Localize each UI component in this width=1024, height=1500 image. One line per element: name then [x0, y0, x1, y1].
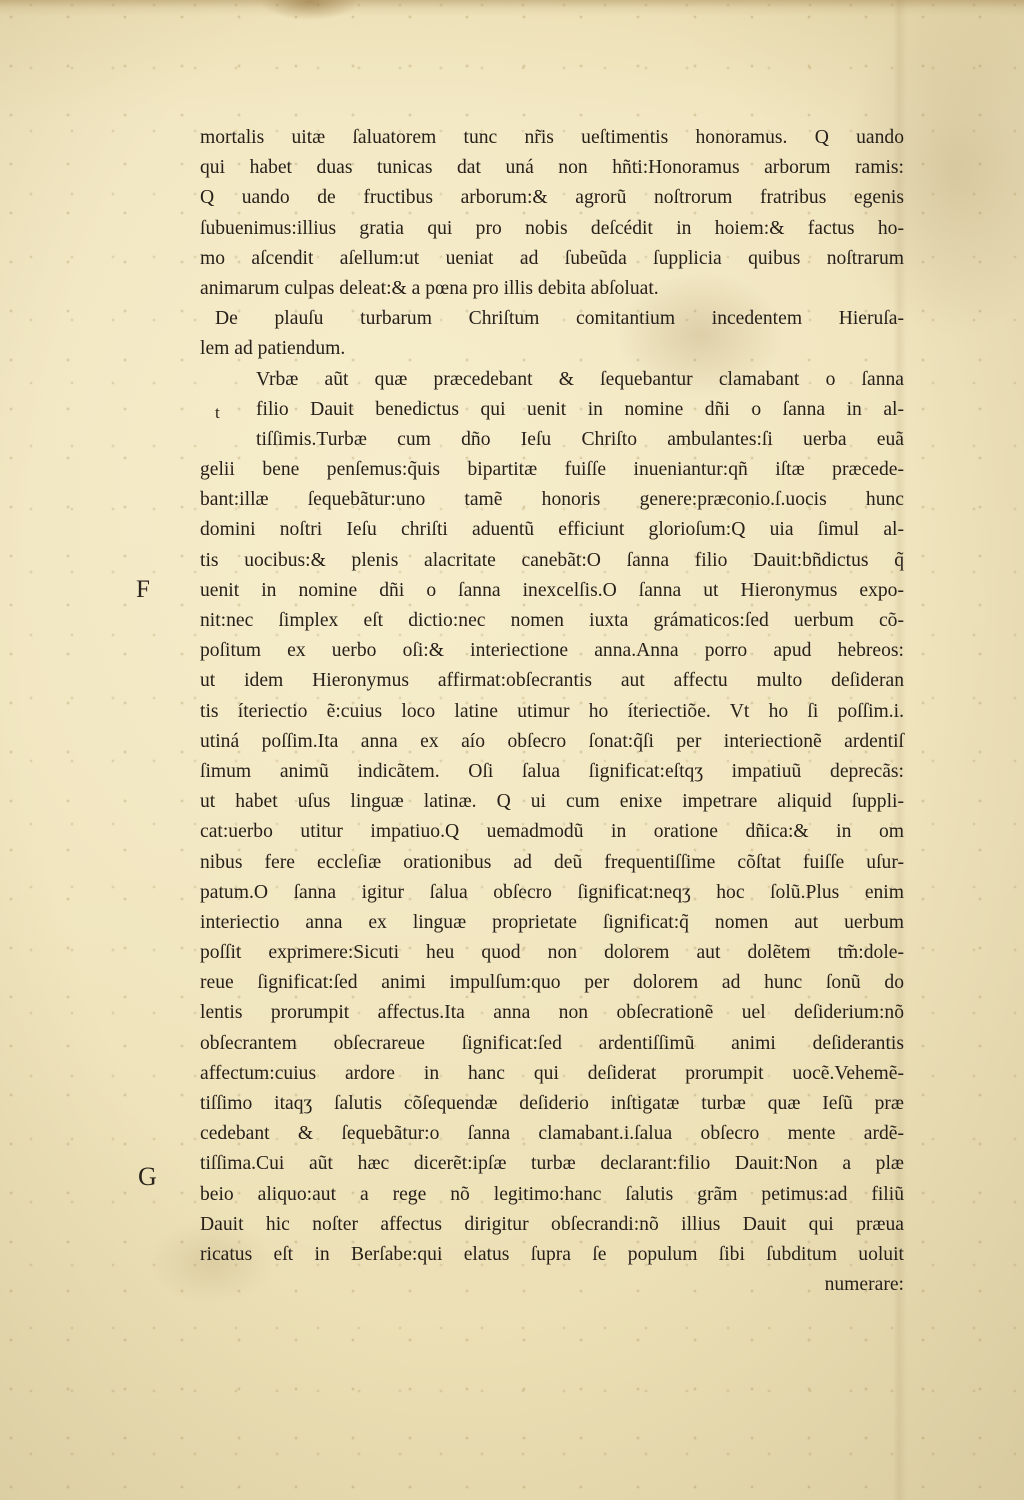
text-line: nit:nec ſimplex eſt dictio:nec nomen iux… — [200, 606, 904, 636]
text-line: ut idem Hieronymus affirmat:obſecrantis … — [200, 666, 904, 696]
text-line: ricatus eſt in Berſabe:qui elatus ſupra … — [200, 1240, 904, 1270]
text-line: poſitum ex uerbo oſi:& interiectione ann… — [200, 636, 904, 666]
margin-letter-f: F — [136, 576, 150, 604]
text-line: reue ſignificat:ſed animi impulſum:quo p… — [200, 968, 904, 998]
text-line: lem ad patiendum. — [200, 334, 904, 364]
text-line: cat:uerbo utitur impatiuo.Q uemadmodũ in… — [200, 817, 904, 847]
text-line: Vrbæ aũt quæ præcedebant & ſequebantur c… — [200, 365, 904, 395]
text-line: patum.O ſanna igitur ſalua obſecro ſigni… — [200, 878, 904, 908]
text-line: ſimum animũ indicãtem. Oſi ſalua ſignifi… — [200, 757, 904, 787]
book-page: t F G mortalis uitæ ſaluatorem tunc nr̃i… — [0, 0, 1024, 1500]
catchword: numerare: — [200, 1270, 904, 1300]
text-line: Q uando de fructibus arborum:& agrorũ no… — [200, 183, 904, 213]
text-line: lentis prorumpit affectus.Ita anna non o… — [200, 998, 904, 1028]
text-line: obſecrantem obſecrareue ſignificat:ſed a… — [200, 1029, 904, 1059]
text-line: nibus fere eccleſiæ orationibus ad deũ f… — [200, 848, 904, 878]
text-line: ſubuenimus:illius gratia qui pro nobis d… — [200, 214, 904, 244]
text-line: cedebant & ſequebãtur:o ſanna clamabant.… — [200, 1119, 904, 1149]
text-line: bant:illæ ſequebãtur:uno tamẽ honoris ge… — [200, 485, 904, 515]
text-line: tis uocibus:& plenis alacritate canebãt:… — [200, 546, 904, 576]
text-line: affectum:cuius ardore in hanc qui deſide… — [200, 1059, 904, 1089]
text-line: tis íteriectio ẽ:cuius loco latine utimu… — [200, 697, 904, 727]
text-line: tiſſima.Cui aũt hæc dicerẽt:ipſæ turbæ d… — [200, 1149, 904, 1179]
text-line: animarum culpas deleat:& a pœna pro illi… — [200, 274, 904, 304]
text-line: filio Dauit benedictus qui uenit in nomi… — [200, 395, 904, 425]
text-line: beio aliquo:aut a rege nõ legitimo:hanc … — [200, 1180, 904, 1210]
text-line: poſſit exprimere:Sicuti heu quod non dol… — [200, 938, 904, 968]
text-line: tiſſimis.Turbæ cum dño Ieſu Chriſto ambu… — [200, 425, 904, 455]
text-line: uenit in nomine dñi o ſanna inexcelſis.O… — [200, 576, 904, 606]
text-line: domini noſtri Ieſu chriſti aduentũ effic… — [200, 515, 904, 545]
text-line: gelii bene penſemus:q̃uis bipartitæ fuiſ… — [200, 455, 904, 485]
text-line: qui habet duas tunicas dat uná non hñti:… — [200, 153, 904, 183]
text-line: Dauit hic noſter affectus dirigitur obſe… — [200, 1210, 904, 1240]
text-block: mortalis uitæ ſaluatorem tunc nr̃is ueſt… — [200, 123, 904, 1300]
margin-letter-g: G — [138, 1162, 157, 1192]
text-line: mo aſcendit aſellum:ut ueniat ad ſubeũda… — [200, 244, 904, 274]
text-line: tiſſimo itaqʒ ſalutis cõſequendæ deſider… — [200, 1089, 904, 1119]
text-line: utiná poſſim.Ita anna ex aío obſecro ſon… — [200, 727, 904, 757]
text-line: interiectio anna ex linguæ proprietate ſ… — [200, 908, 904, 938]
text-line: ut habet uſus linguæ latinæ. Q ui cum en… — [200, 787, 904, 817]
text-line: De plauſu turbarum Chriſtum comitantium … — [200, 304, 904, 334]
text-line: mortalis uitæ ſaluatorem tunc nr̃is ueſt… — [200, 123, 904, 153]
